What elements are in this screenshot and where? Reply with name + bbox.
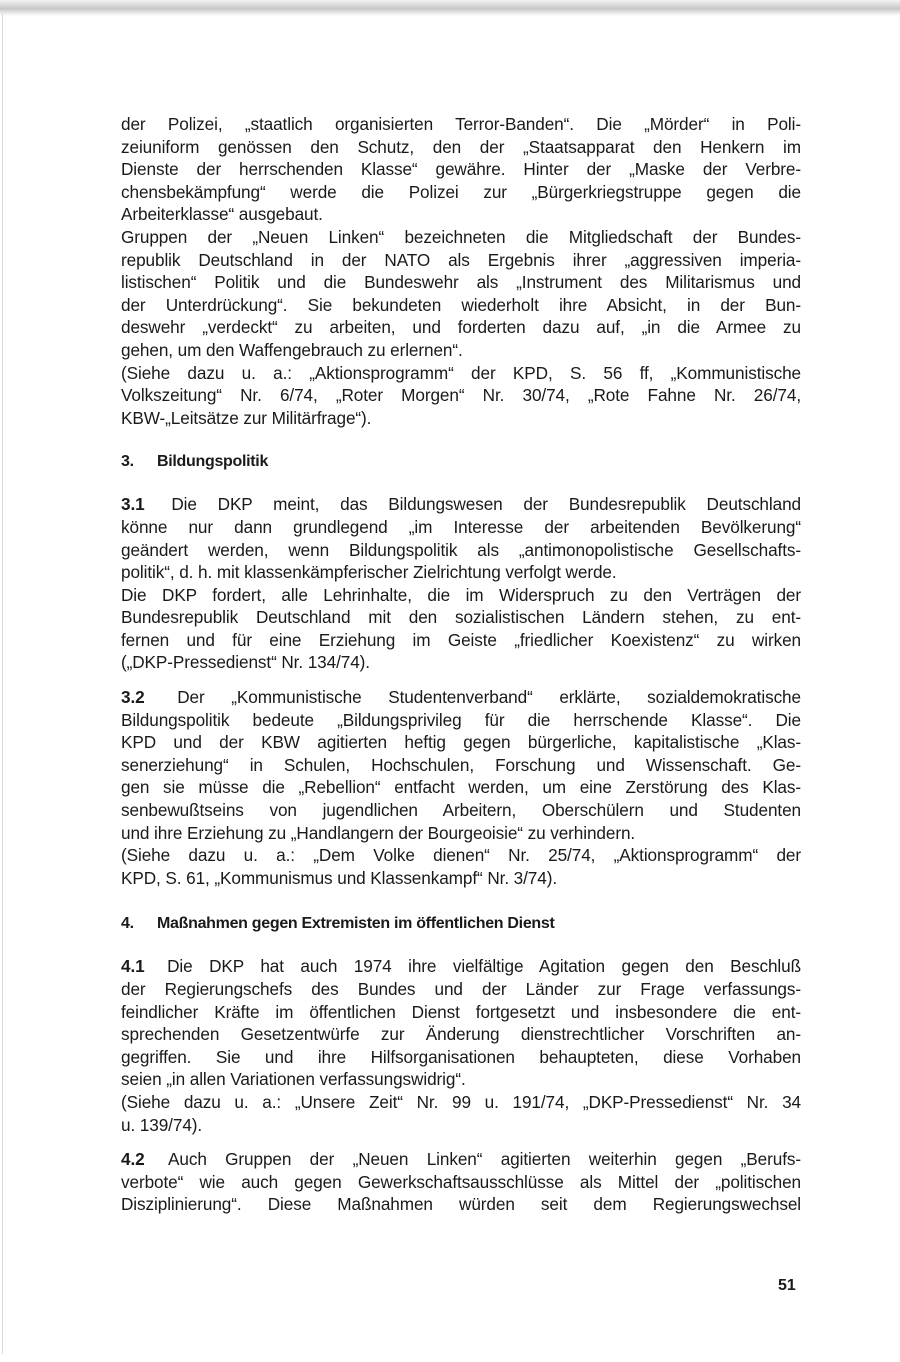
paragraph-number: 4.1 bbox=[121, 956, 145, 976]
text-line: 4.1 Die DKP hat auch 1974 ihre vielfälti… bbox=[121, 955, 801, 978]
paragraph-3-1-continued: Die DKP fordert, alle Lehrinhalte, die i… bbox=[121, 584, 801, 674]
text-line: (Siehe dazu u. a.: „Aktionsprogramm“ der… bbox=[121, 362, 801, 385]
text-line: (Siehe dazu u. a.: „Unsere Zeit“ Nr. 99 … bbox=[121, 1091, 801, 1114]
text-line: Bildungspolitik bedeute „Bildungsprivile… bbox=[121, 709, 801, 732]
text-fragment: Die DKP hat auch 1974 ihre vielfältige A… bbox=[167, 956, 801, 976]
paragraph-4-1: 4.1 Die DKP hat auch 1974 ihre vielfälti… bbox=[121, 955, 801, 1091]
text-fragment: Der „Kommunistische Studentenverband“ er… bbox=[177, 687, 801, 707]
text-line: Die DKP fordert, alle Lehrinhalte, die i… bbox=[121, 584, 801, 607]
scan-left-edge bbox=[2, 14, 3, 1354]
text-line: KBW-„Leitsätze zur Militärfrage“). bbox=[121, 407, 801, 430]
text-line: fernen und für eine Erziehung im Geiste … bbox=[121, 629, 801, 652]
paragraph-number: 4.2 bbox=[121, 1149, 145, 1169]
text-line: Volkszeitung“ Nr. 6/74, „Roter Morgen“ N… bbox=[121, 384, 801, 407]
text-line: verbote“ wie auch gegen Gewerkschaftsaus… bbox=[121, 1171, 801, 1194]
text-line: (Siehe dazu u. a.: „Dem Volke dienen“ Nr… bbox=[121, 844, 801, 867]
text-line: und ihre Erziehung zu „Handlangern der B… bbox=[121, 822, 801, 845]
text-line: u. 139/74). bbox=[121, 1114, 801, 1137]
intro-references: (Siehe dazu u. a.: „Aktionsprogramm“ der… bbox=[121, 362, 801, 430]
text-fragment: Auch Gruppen der „Neuen Linken“ agitiert… bbox=[168, 1149, 801, 1169]
text-line: senerziehung“ in Schulen, Hochschulen, F… bbox=[121, 754, 801, 777]
paragraph-4-2: 4.2 Auch Gruppen der „Neuen Linken“ agit… bbox=[121, 1148, 801, 1216]
scan-top-edge bbox=[0, 0, 900, 16]
paragraph-number: 3.2 bbox=[121, 687, 145, 707]
section-4-heading: 4.Maßnahmen gegen Extremisten im öffentl… bbox=[121, 913, 801, 935]
section-title: Bildungspolitik bbox=[157, 453, 268, 470]
text-line: der Regierungschefs des Bundes und der L… bbox=[121, 978, 801, 1001]
text-line: könne nur dann grundlegend „im Interesse… bbox=[121, 516, 801, 539]
intro-paragraph-1: der Polizei, „staatlich organisierten Te… bbox=[121, 113, 801, 226]
text-line: Dienste der herrschenden Klasse“ gewähre… bbox=[121, 158, 801, 181]
text-line: zeiuniform genössen den Schutz, den der … bbox=[121, 136, 801, 159]
paragraph-3-2: 3.2 Der „Kommunistische Studentenverband… bbox=[121, 686, 801, 844]
text-line: („DKP-Pressedienst“ Nr. 134/74). bbox=[121, 651, 801, 674]
text-line: chensbekämpfung“ werde die Polizei zur „… bbox=[121, 181, 801, 204]
text-line: 4.2 Auch Gruppen der „Neuen Linken“ agit… bbox=[121, 1148, 801, 1171]
text-line: senbewußtseins von jugendlichen Arbeiter… bbox=[121, 799, 801, 822]
paragraph-number: 3.1 bbox=[121, 494, 145, 514]
text-line: KPD und der KBW agitierten heftig gegen … bbox=[121, 731, 801, 754]
text-line: politik“, d. h. mit klassenkämpferischer… bbox=[121, 561, 801, 584]
paragraph-4-1-references: (Siehe dazu u. a.: „Unsere Zeit“ Nr. 99 … bbox=[121, 1091, 801, 1136]
text-line: 3.1 Die DKP meint, das Bildungswesen der… bbox=[121, 493, 801, 516]
text-line: Bundesrepublik Deutschland mit den sozia… bbox=[121, 606, 801, 629]
text-line: gegriffen. Sie und ihre Hilfsorganisatio… bbox=[121, 1046, 801, 1069]
text-line: republik Deutschland in der NATO als Erg… bbox=[121, 249, 801, 272]
text-line: gehen, um den Waffengebrauch zu erlernen… bbox=[121, 339, 801, 362]
page-number: 51 bbox=[778, 1277, 796, 1295]
text-line: der Unterdrückung“. Sie bekundeten wiede… bbox=[121, 294, 801, 317]
intro-paragraph-2: Gruppen der „Neuen Linken“ bezeichneten … bbox=[121, 226, 801, 362]
text-fragment: Die DKP meint, das Bildungswesen der Bun… bbox=[171, 494, 801, 514]
text-line: gen sie müsse die „Rebellion“ entfacht w… bbox=[121, 776, 801, 799]
paragraph-3-2-references: (Siehe dazu u. a.: „Dem Volke dienen“ Nr… bbox=[121, 844, 801, 889]
document-page: der Polizei, „staatlich organisierten Te… bbox=[121, 113, 801, 1216]
text-line: Gruppen der „Neuen Linken“ bezeichneten … bbox=[121, 226, 801, 249]
text-line: 3.2 Der „Kommunistische Studentenverband… bbox=[121, 686, 801, 709]
text-line: KPD, S. 61, „Kommunismus und Klassenkamp… bbox=[121, 867, 801, 890]
text-line: Disziplinierung“. Diese Maßnahmen würden… bbox=[121, 1193, 801, 1216]
text-line: der Polizei, „staatlich organisierten Te… bbox=[121, 113, 801, 136]
text-line: Arbeiterklasse“ ausgebaut. bbox=[121, 203, 801, 226]
text-line: feindlicher Kräfte im öffentlichen Diens… bbox=[121, 1001, 801, 1024]
paragraph-3-1: 3.1 Die DKP meint, das Bildungswesen der… bbox=[121, 493, 801, 583]
section-number: 3. bbox=[121, 451, 157, 474]
text-line: seien „in allen Variationen verfassungsw… bbox=[121, 1068, 801, 1091]
section-3-heading: 3.Bildungspolitik bbox=[121, 451, 801, 473]
section-number: 4. bbox=[121, 913, 157, 936]
text-line: listischen“ Politik und die Bundeswehr a… bbox=[121, 271, 801, 294]
text-line: geändert werden, wenn Bildungspolitik al… bbox=[121, 539, 801, 562]
text-line: sprechenden Gesetzentwürfe zur Änderung … bbox=[121, 1023, 801, 1046]
text-line: deswehr „verdeckt“ zu arbeiten, und ford… bbox=[121, 316, 801, 339]
section-title: Maßnahmen gegen Extremisten im öffentlic… bbox=[157, 915, 555, 932]
